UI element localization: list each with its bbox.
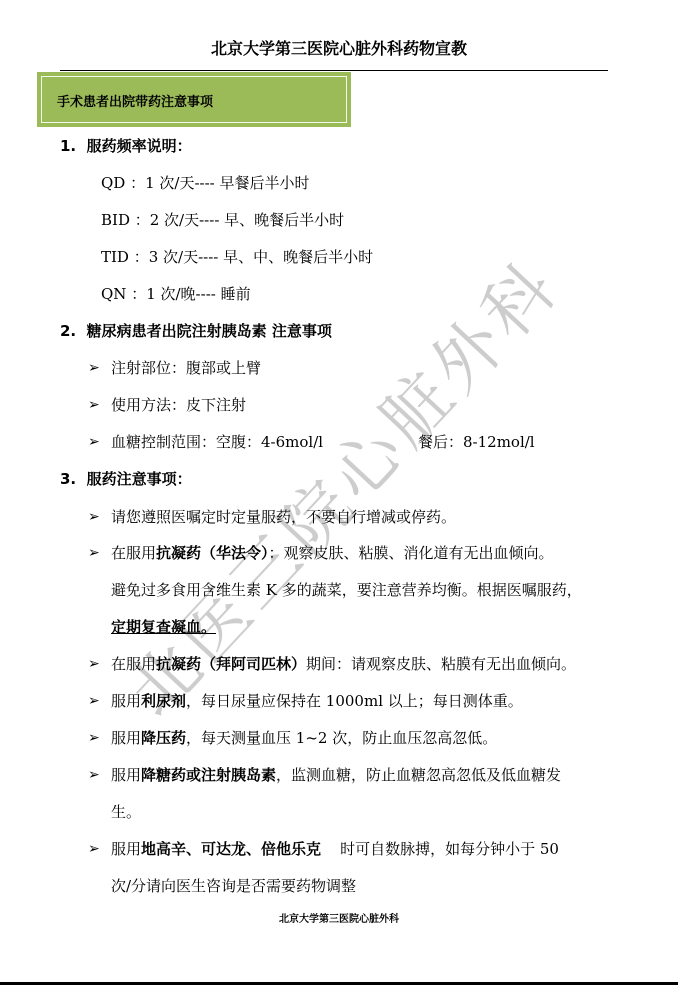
- text-post: 时可自数脉搏，如每分钟小于 50: [321, 840, 559, 858]
- bullet-arrow-icon: ➢: [88, 691, 100, 711]
- section-1-heading: 1. 服药频率说明：: [60, 136, 192, 156]
- section-number: 1.: [60, 137, 76, 155]
- list-item-antihypertensive: 服用降压药，每天测量血压 1~2 次，防止血压忽高忽低。: [111, 728, 497, 748]
- frequency-qn: QN ：1 次/晚---- 睡前: [101, 284, 251, 304]
- bullet-arrow-icon: ➢: [88, 358, 100, 378]
- list-item-diuretic: 服用利尿剂，每日尿量应保持在 1000ml 以上；每日测体重。: [111, 691, 523, 711]
- section-title: 服药频率说明：: [87, 137, 192, 155]
- drug-name: 降压药: [141, 729, 186, 747]
- text-pre: 服用: [111, 766, 141, 784]
- list-item-continuation: 避免过多食用含维生素 K 多的蔬菜，要注意营养均衡。根据医嘱服药，: [111, 580, 582, 600]
- list-item: 请您遵照医嘱定时定量服药，不要自行增减或停药。: [111, 507, 456, 527]
- section-title: 糖尿病患者出院注射胰岛素 注意事项: [87, 322, 332, 340]
- list-item-emphasis: 定期复查凝血。: [111, 617, 216, 637]
- list-item: 使用方法：皮下注射: [111, 395, 246, 415]
- text-post: ，每天测量血压 1~2 次，防止血压忽高忽低。: [186, 729, 497, 747]
- bullet-arrow-icon: ➢: [88, 507, 100, 527]
- glucose-range-fasting: 血糖控制范围：空腹：4-6mol/l: [111, 432, 323, 452]
- section-number: 2.: [60, 322, 76, 340]
- text-post: ，每日尿量应保持在 1000ml 以上；每日测体重。: [186, 692, 523, 710]
- list-item-digoxin: 服用地高辛、可达龙、倍他乐克 时可自数脉搏，如每分钟小于 50: [111, 839, 559, 859]
- bullet-arrow-icon: ➢: [88, 654, 100, 674]
- text-pre: 在服用: [111, 544, 156, 562]
- header-divider: [60, 70, 608, 71]
- text-pre: 服用: [111, 840, 141, 858]
- bullet-arrow-icon: ➢: [88, 728, 100, 748]
- drug-name: 抗凝药（拜阿司匹林）: [156, 655, 306, 673]
- bullet-arrow-icon: ➢: [88, 432, 100, 452]
- list-item-warfarin: 在服用抗凝药（华法令）：观察皮肤、粘膜、消化道有无出血倾向。: [111, 543, 554, 563]
- section-title: 服药注意事项：: [87, 470, 192, 488]
- frequency-qd: QD ：1 次/天---- 早餐后半小时: [101, 173, 310, 193]
- text-post: 期间：请观察皮肤、粘膜有无出血倾向。: [306, 655, 576, 673]
- bullet-arrow-icon: ➢: [88, 543, 100, 563]
- text-pre: 服用: [111, 729, 141, 747]
- drug-name: 利尿剂: [141, 692, 186, 710]
- page-footer: 北京大学第三医院心脏外科: [0, 910, 678, 925]
- section-2-heading: 2. 糖尿病患者出院注射胰岛素 注意事项: [60, 321, 332, 341]
- list-item-continuation: 次/分请向医生咨询是否需要药物调整: [111, 876, 356, 896]
- section-number: 3.: [60, 470, 76, 488]
- page-title: 北京大学第三医院心脏外科药物宣教: [0, 36, 678, 59]
- text-post: ，监测血糖，防止血糖忽高忽低及低血糖发: [276, 766, 561, 784]
- frequency-bid: BID ：2 次/天---- 早、晚餐后半小时: [101, 210, 344, 230]
- bullet-arrow-icon: ➢: [88, 395, 100, 415]
- text-pre: 在服用: [111, 655, 156, 673]
- text-post: ：观察皮肤、粘膜、消化道有无出血倾向。: [269, 544, 554, 562]
- drug-name: 地高辛、可达龙、倍他乐克: [141, 840, 321, 858]
- drug-name: 降糖药或注射胰岛素: [141, 766, 276, 784]
- list-item: 注射部位：腹部或上臂: [111, 358, 261, 378]
- drug-name: 抗凝药（华法令）: [156, 544, 269, 562]
- list-item-hypoglycemic: 服用降糖药或注射胰岛素，监测血糖，防止血糖忽高忽低及低血糖发: [111, 765, 561, 785]
- section-banner-label: 手术患者出院带药注意事项: [57, 91, 213, 110]
- bullet-arrow-icon: ➢: [88, 839, 100, 859]
- bullet-arrow-icon: ➢: [88, 765, 100, 785]
- text-pre: 服用: [111, 692, 141, 710]
- list-item-aspirin: 在服用抗凝药（拜阿司匹林）期间：请观察皮肤、粘膜有无出血倾向。: [111, 654, 576, 674]
- list-item-continuation: 生。: [111, 802, 141, 822]
- section-3-heading: 3. 服药注意事项：: [60, 469, 192, 489]
- glucose-range-after-meal: 餐后：8-12mol/l: [418, 432, 535, 452]
- document-page: 北京大学第三医院心脏外科药物宣教 手术患者出院带药注意事项 1. 服药频率说明：…: [0, 0, 678, 985]
- frequency-tid: TID ：3 次/天---- 早、中、晚餐后半小时: [101, 247, 373, 267]
- section-banner: 手术患者出院带药注意事项: [37, 72, 351, 127]
